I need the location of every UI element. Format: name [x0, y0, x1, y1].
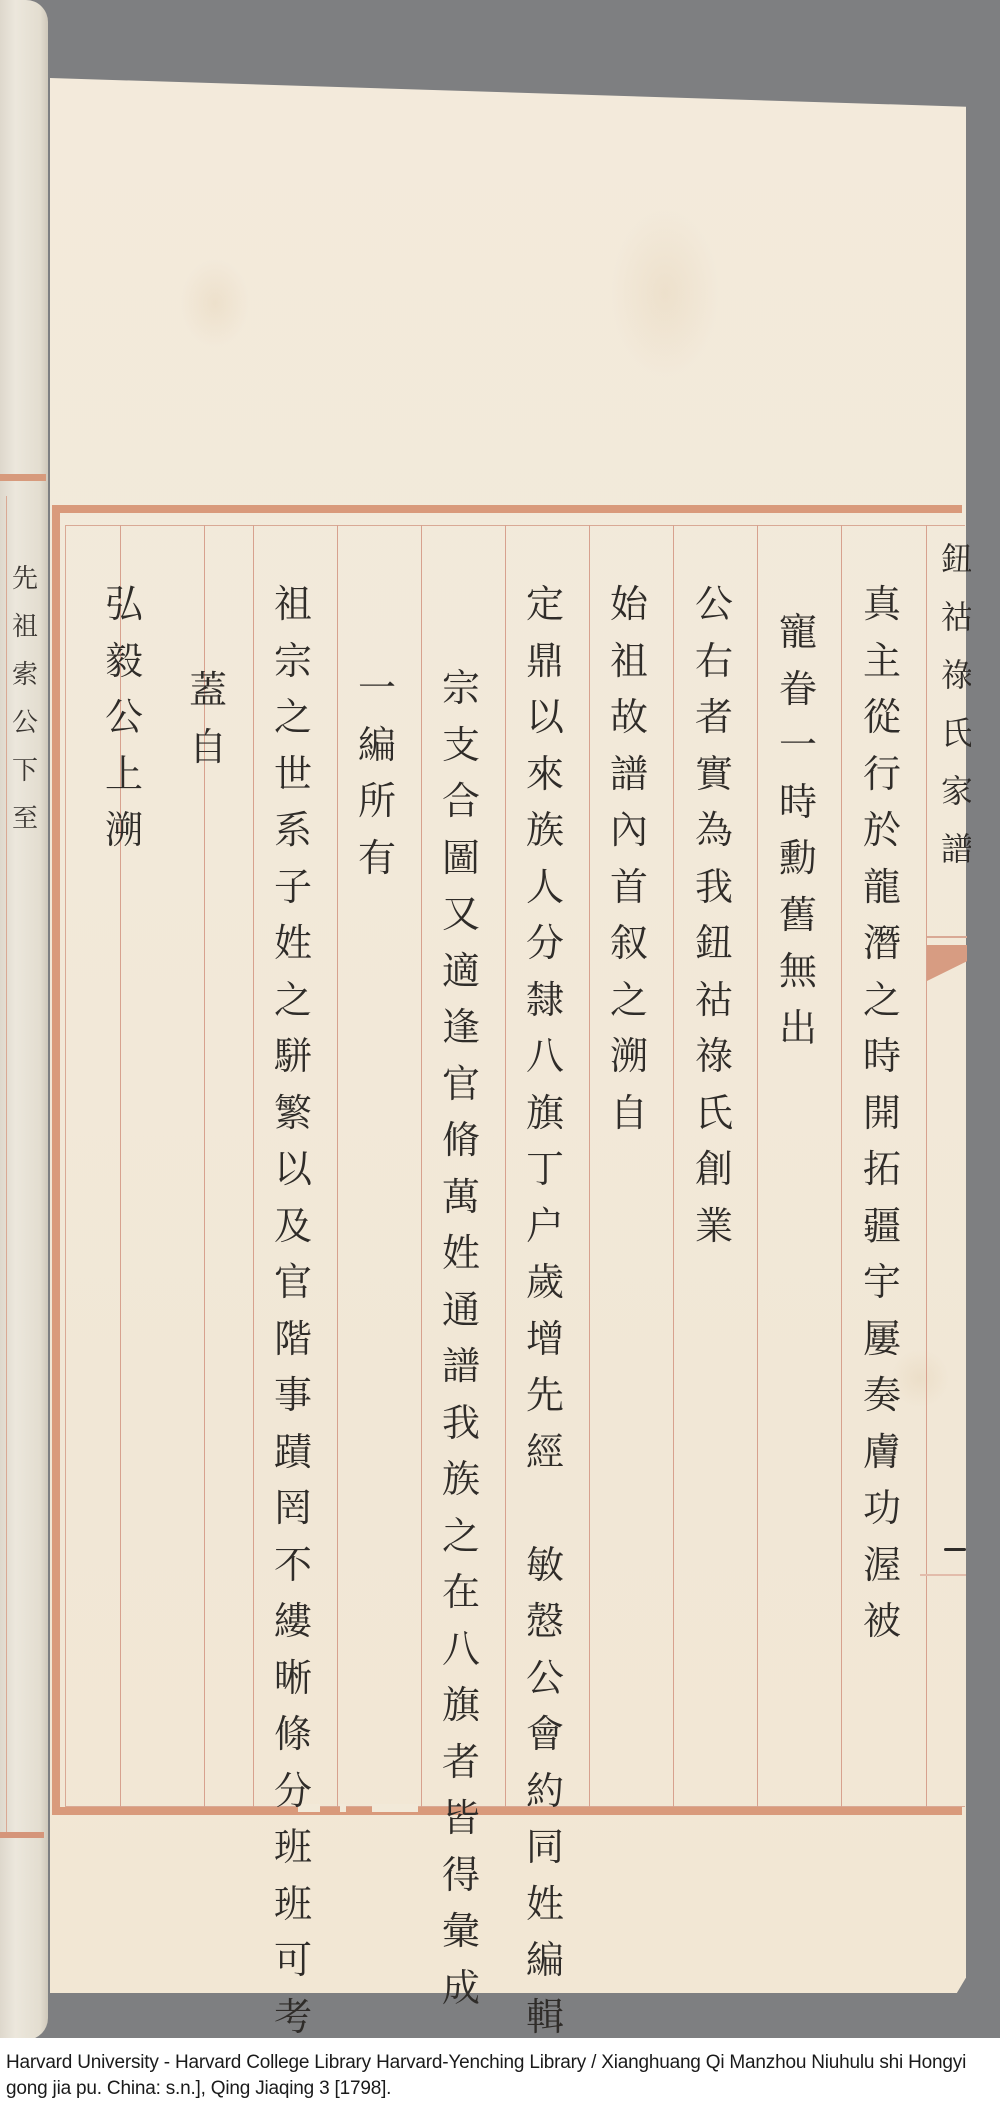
glyph: 可 — [274, 1932, 312, 1989]
paper-stain — [610, 208, 720, 378]
text-column-9: 蓋自 — [178, 662, 238, 775]
glyph: 户 — [526, 1198, 564, 1255]
glyph: 世 — [274, 746, 312, 803]
glyph: 八 — [526, 1028, 564, 1085]
glyph: 考 — [274, 1989, 312, 2039]
glyph: 鈕 — [695, 915, 733, 972]
glyph: 至 — [12, 795, 38, 843]
glyph: 公 — [105, 689, 143, 746]
glyph: 祖 — [610, 633, 648, 690]
glyph: 以 — [526, 689, 564, 746]
glyph: 晰 — [274, 1650, 312, 1707]
previous-page-text-column: 先祖索公下至 — [8, 555, 42, 843]
glyph: 增 — [526, 1311, 564, 1368]
glyph: 編 — [358, 717, 396, 774]
glyph: 在 — [442, 1564, 480, 1621]
glyph: 時 — [863, 1028, 901, 1085]
image-attribution-caption: Harvard University - Harvard College Lib… — [6, 2050, 996, 2102]
glyph: 公 — [12, 699, 38, 747]
glyph: 於 — [863, 802, 901, 859]
glyph: 官 — [442, 1056, 480, 1113]
glyph: 宇 — [863, 1254, 901, 1311]
glyph: 首 — [610, 859, 648, 916]
glyph: 宗 — [274, 633, 312, 690]
glyph: 龍 — [863, 859, 901, 916]
glyph: 駢 — [274, 1028, 312, 1085]
glyph — [526, 1480, 564, 1537]
glyph: 旗 — [526, 1085, 564, 1142]
glyph: 又 — [442, 886, 480, 943]
glyph: 支 — [442, 717, 480, 774]
glyph: 姓 — [526, 1876, 564, 1933]
glyph: 事 — [274, 1367, 312, 1424]
glyph: 氏 — [695, 1085, 733, 1142]
glyph: 縷 — [274, 1593, 312, 1650]
caption-line-1: Harvard University - Harvard College Lib… — [6, 2050, 996, 2076]
glyph: 彙 — [442, 1903, 480, 1960]
glyph: 譜 — [941, 820, 971, 878]
glyph: 之 — [863, 972, 901, 1029]
glyph: 圖 — [442, 830, 480, 887]
glyph: 階 — [274, 1311, 312, 1368]
column-rule — [505, 525, 506, 1807]
glyph: 勳 — [779, 830, 817, 887]
glyph: 真 — [863, 576, 901, 633]
glyph: 索 — [12, 651, 38, 699]
glyph: 行 — [863, 746, 901, 803]
glyph: 蓋 — [189, 662, 227, 719]
glyph: 溯 — [105, 802, 143, 859]
glyph: 自 — [610, 1085, 648, 1142]
column-rule — [757, 525, 758, 1807]
glyph: 班 — [274, 1819, 312, 1876]
column-rule — [589, 525, 590, 1807]
glyph: 始 — [610, 576, 648, 633]
glyph: 罔 — [274, 1480, 312, 1537]
frame-wear — [372, 1804, 418, 1812]
running-title: 鈕祜祿氏家譜 — [941, 530, 971, 878]
glyph: 敏 — [526, 1537, 564, 1594]
glyph: 屢 — [863, 1311, 901, 1368]
glyph: 創 — [695, 1141, 733, 1198]
text-column-8: 祖宗之世系子姓之駢繁以及官階事蹟罔不縷晰條分班班可考 — [263, 576, 323, 2038]
glyph: 輯 — [526, 1989, 564, 2039]
glyph: 譜 — [442, 1338, 480, 1395]
glyph: 開 — [863, 1085, 901, 1142]
glyph: 有 — [358, 830, 396, 887]
glyph: 實 — [695, 746, 733, 803]
glyph: 奏 — [863, 1367, 901, 1424]
text-column-6: 宗支合圖又適逢官脩萬姓通譜我族之在八旗者皆得彙成 — [431, 660, 491, 2016]
glyph: 從 — [863, 689, 901, 746]
glyph: 潛 — [863, 915, 901, 972]
glyph: 及 — [274, 1198, 312, 1255]
glyph: 公 — [695, 576, 733, 633]
glyph: 來 — [526, 746, 564, 803]
glyph: 會 — [526, 1706, 564, 1763]
frame-wear — [340, 1804, 346, 1812]
glyph: 叙 — [610, 915, 648, 972]
glyph: 鼎 — [526, 633, 564, 690]
glyph: 無 — [779, 943, 817, 1000]
glyph: 拓 — [863, 1141, 901, 1198]
column-rule — [673, 525, 674, 1807]
glyph: 繁 — [274, 1085, 312, 1142]
paper-stain — [180, 258, 250, 348]
glyph: 系 — [274, 802, 312, 859]
glyph: 業 — [695, 1198, 733, 1255]
page-number-mark — [944, 1548, 966, 1551]
glyph: 之 — [274, 689, 312, 746]
glyph: 下 — [12, 747, 38, 795]
glyph: 弘 — [105, 576, 143, 633]
glyph: 條 — [274, 1706, 312, 1763]
glyph: 皆 — [442, 1790, 480, 1847]
glyph: 鈕 — [941, 530, 971, 588]
glyph: 逢 — [442, 999, 480, 1056]
text-column-1: 真主從行於龍潛之時開拓疆宇屢奏膚功渥被 — [852, 576, 912, 1650]
glyph: 之 — [442, 1508, 480, 1565]
glyph: 者 — [695, 689, 733, 746]
glyph: 經 — [526, 1424, 564, 1481]
glyph: 被 — [863, 1593, 901, 1650]
glyph: 約 — [526, 1763, 564, 1820]
glyph: 同 — [526, 1819, 564, 1876]
glyph: 之 — [610, 972, 648, 1029]
scanned-book-photo: 先祖索公下至 鈕祜祿氏家譜 真主從行於龍潛之時開拓疆宇屢奏膚功渥被 寵眷一時勳舊… — [0, 0, 1000, 2038]
glyph: 脩 — [442, 1112, 480, 1169]
glyph: 分 — [526, 915, 564, 972]
glyph: 出 — [779, 1000, 817, 1057]
glyph: 姓 — [442, 1225, 480, 1282]
glyph: 上 — [105, 746, 143, 803]
glyph: 功 — [863, 1480, 901, 1537]
glyph: 祜 — [695, 972, 733, 1029]
glyph: 毅 — [105, 633, 143, 690]
glyph: 子 — [274, 859, 312, 916]
text-column-10: 弘毅公上溯 — [94, 576, 154, 859]
glyph: 一 — [779, 717, 817, 774]
center-strip-rule — [926, 525, 927, 1807]
glyph: 所 — [358, 773, 396, 830]
glyph: 官 — [274, 1254, 312, 1311]
glyph: 祖 — [274, 576, 312, 633]
glyph: 八 — [442, 1621, 480, 1678]
glyph: 祖 — [12, 603, 38, 651]
glyph: 主 — [863, 633, 901, 690]
glyph: 成 — [442, 1960, 480, 2017]
glyph: 不 — [274, 1537, 312, 1594]
glyph: 以 — [274, 1141, 312, 1198]
previous-page-rule — [0, 496, 7, 1836]
glyph: 蹟 — [274, 1424, 312, 1481]
glyph: 疆 — [863, 1198, 901, 1255]
glyph: 公 — [526, 1650, 564, 1707]
glyph: 通 — [442, 1282, 480, 1339]
glyph: 慤 — [526, 1593, 564, 1650]
glyph: 為 — [695, 802, 733, 859]
glyph: 氏 — [941, 704, 971, 762]
text-column-7: 一編所有 — [347, 660, 407, 886]
glyph: 我 — [695, 859, 733, 916]
glyph: 族 — [526, 802, 564, 859]
glyph: 萬 — [442, 1169, 480, 1226]
glyph: 合 — [442, 773, 480, 830]
fishtail-rule — [927, 936, 967, 938]
glyph: 膚 — [863, 1424, 901, 1481]
glyph: 我 — [442, 1395, 480, 1452]
glyph: 故 — [610, 689, 648, 746]
glyph: 定 — [526, 576, 564, 633]
glyph: 族 — [442, 1451, 480, 1508]
glyph: 班 — [274, 1876, 312, 1933]
glyph: 右 — [695, 633, 733, 690]
glyph: 適 — [442, 943, 480, 1000]
caption-line-2: gong jia pu. China: s.n.], Qing Jiaqing … — [6, 2076, 996, 2102]
glyph: 旗 — [442, 1677, 480, 1734]
glyph: 丁 — [526, 1141, 564, 1198]
column-rule — [253, 525, 254, 1807]
glyph: 先 — [12, 555, 38, 603]
glyph: 編 — [526, 1932, 564, 1989]
column-rule — [421, 525, 422, 1807]
center-strip-rule — [920, 1574, 966, 1576]
glyph: 者 — [442, 1734, 480, 1791]
previous-page-frame-bottom — [0, 1832, 44, 1838]
glyph: 舊 — [779, 887, 817, 944]
glyph: 家 — [941, 762, 971, 820]
text-column-2: 寵眷一時勳舊無出 — [768, 604, 828, 1056]
column-rule — [841, 525, 842, 1807]
glyph: 譜 — [610, 746, 648, 803]
glyph: 隸 — [526, 972, 564, 1029]
glyph: 祿 — [941, 646, 971, 704]
glyph: 分 — [274, 1763, 312, 1820]
glyph: 眷 — [779, 661, 817, 718]
glyph: 歲 — [526, 1254, 564, 1311]
glyph: 宗 — [442, 660, 480, 717]
glyph: 內 — [610, 802, 648, 859]
glyph: 人 — [526, 859, 564, 916]
column-rule — [337, 525, 338, 1807]
text-column-5: 定鼎以來族人分隸八旗丁户歲增先經 敏慤公會約同姓編輯 — [515, 576, 575, 2038]
text-column-4: 始祖故譜內首叙之溯自 — [599, 576, 659, 1141]
glyph: 寵 — [779, 604, 817, 661]
glyph: 得 — [442, 1847, 480, 1904]
glyph: 溯 — [610, 1028, 648, 1085]
text-column-3: 公右者實為我鈕祜祿氏創業 — [684, 576, 744, 1254]
glyph: 祿 — [695, 1028, 733, 1085]
glyph: 自 — [189, 719, 227, 776]
glyph: 先 — [526, 1367, 564, 1424]
glyph: 渥 — [863, 1537, 901, 1594]
glyph: 之 — [274, 972, 312, 1029]
glyph: 時 — [779, 774, 817, 831]
glyph: 祜 — [941, 588, 971, 646]
glyph: 姓 — [274, 915, 312, 972]
glyph: 一 — [358, 660, 396, 717]
